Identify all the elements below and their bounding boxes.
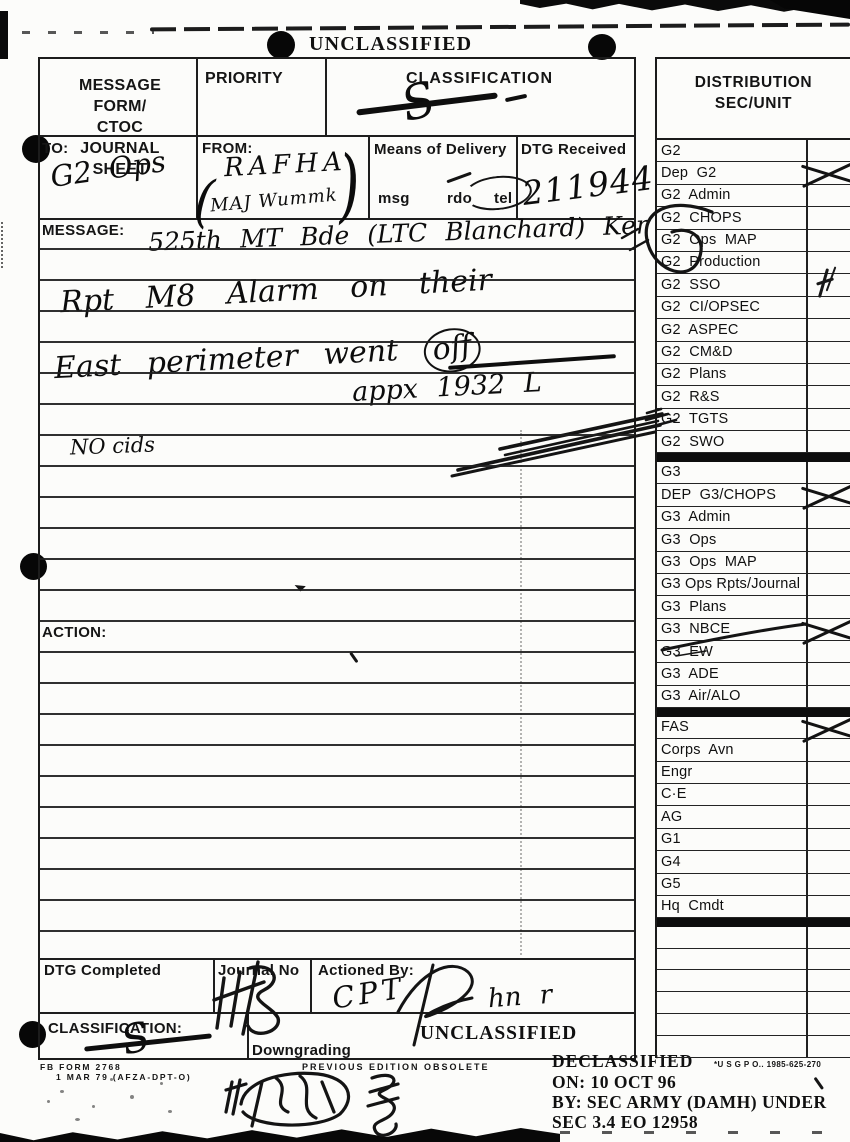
distribution-row-label	[657, 992, 806, 1013]
distribution-row-label: G2 CI/OPSEC	[657, 297, 806, 318]
distribution-row: G3 EW	[657, 641, 850, 663]
dtg-received-label: DTG Received	[521, 141, 626, 158]
form-number-line1: FB FORM 2768	[40, 1062, 122, 1072]
usgpo-note: *U S G P O.. 1985-625-270	[714, 1060, 821, 1069]
message-rule-line	[40, 496, 634, 498]
distribution-group-divider	[657, 453, 850, 462]
distribution-row-checkbox	[806, 274, 850, 295]
distribution-row-checkbox	[806, 1014, 850, 1035]
distribution-row: Hq Cmdt	[657, 896, 850, 918]
form-number-line2: 1 MAR 79 (AFZA-DPT-O)	[56, 1072, 192, 1082]
scan-edge-squiggle	[150, 23, 850, 31]
declassified-stamp-line3: BY: SEC ARMY (DAMH) UNDER	[552, 1092, 827, 1113]
distribution-row-label: G2 ASPEC	[657, 319, 806, 340]
distribution-row-checkbox	[806, 784, 850, 805]
distribution-row	[657, 1014, 850, 1036]
distribution-row: G2 R&S	[657, 386, 850, 408]
message-rule-line	[40, 651, 634, 653]
distribution-row-label: G5	[657, 874, 806, 895]
handwritten-message-line5: NO cids	[70, 433, 156, 460]
grid-line	[325, 57, 327, 135]
distribution-row-label: G4	[657, 851, 806, 872]
form-title-line1: MESSAGE FORM/	[79, 77, 161, 115]
grid-line	[247, 1012, 249, 1060]
distribution-row-checkbox	[806, 874, 850, 895]
distribution-row: G1	[657, 829, 850, 851]
distribution-row: DEP G3/CHOPS	[657, 484, 850, 506]
message-rule-line	[40, 403, 634, 405]
distribution-row-label	[657, 970, 806, 991]
grid-line	[38, 958, 636, 960]
message-rule-line	[40, 713, 634, 715]
distribution-row-label: G3 Ops	[657, 529, 806, 550]
distribution-rows: G2Dep G2G2 AdminG2 CHOPSG2 Ops MAPG2 Pro…	[655, 140, 850, 1058]
distribution-row-label: G2 CM&D	[657, 342, 806, 363]
message-rule-line	[40, 806, 634, 808]
distribution-row-checkbox	[806, 431, 850, 452]
dtg-completed-label: DTG Completed	[44, 962, 161, 979]
distribution-row-checkbox	[806, 386, 850, 407]
message-rule-line	[40, 899, 634, 901]
distribution-header-line2: SEC/UNIT	[715, 93, 792, 114]
distribution-row-label: G2 SWO	[657, 431, 806, 452]
distribution-row-label: AG	[657, 806, 806, 827]
distribution-row-checkbox	[806, 927, 850, 948]
distribution-row-checkbox	[806, 230, 850, 251]
distribution-row-label: G2 TGTS	[657, 409, 806, 430]
distribution-row-checkbox	[806, 663, 850, 684]
unclassified-stamp-bottom: UNCLASSIFIED	[420, 1023, 577, 1045]
distribution-row-label	[657, 1036, 806, 1057]
distribution-row-label: G3 Plans	[657, 596, 806, 617]
distribution-row-label: Engr	[657, 762, 806, 783]
distribution-row-label: G2 Ops MAP	[657, 230, 806, 251]
distribution-row-checkbox	[806, 207, 850, 228]
stray-pen-mark	[814, 1077, 824, 1090]
delivery-option-msg: msg	[378, 190, 410, 207]
distribution-row: G3 Ops	[657, 529, 850, 551]
distribution-row-label: G3 Ops Rpts/Journal	[657, 574, 806, 595]
distribution-row-checkbox	[806, 686, 850, 707]
distribution-row-label: G2 Admin	[657, 185, 806, 206]
distribution-row-checkbox	[806, 185, 850, 206]
distribution-row-checkbox	[806, 409, 850, 430]
distribution-row	[657, 970, 850, 992]
distribution-row-checkbox	[806, 992, 850, 1013]
scan-edge-dashes	[22, 31, 154, 34]
scanned-journal-sheet: UNCLASSIFIED MESSAGE FORM/ CTOC JOURNAL …	[0, 0, 850, 1142]
distribution-row-checkbox	[806, 739, 850, 760]
hole-punch-dot	[267, 31, 295, 59]
message-rule-line	[40, 434, 634, 436]
message-rule-line	[40, 682, 634, 684]
scan-edge-left-bar	[0, 11, 8, 59]
distribution-row-checkbox	[806, 717, 850, 738]
distribution-row-checkbox	[806, 949, 850, 970]
distribution-row: Dep G2	[657, 162, 850, 184]
distribution-row: G2 ASPEC	[657, 319, 850, 341]
distribution-row-label: G3 ADE	[657, 663, 806, 684]
distribution-row-checkbox	[806, 574, 850, 595]
distribution-row	[657, 992, 850, 1014]
journal-no-label: Journal No	[218, 962, 299, 979]
distribution-row: Engr	[657, 762, 850, 784]
distribution-row: AG	[657, 806, 850, 828]
distribution-row-label: G3 Admin	[657, 507, 806, 528]
distribution-header-line1: DISTRIBUTION	[695, 72, 812, 93]
distribution-row-label: G3 NBCE	[657, 619, 806, 640]
distribution-row-label: Hq Cmdt	[657, 896, 806, 917]
form-title-line2: CTOC	[97, 119, 143, 136]
distribution-row: G3 Admin	[657, 507, 850, 529]
bottom-zigzag-scribble	[368, 1075, 398, 1135]
distribution-row: G5	[657, 874, 850, 896]
message-rule-line	[40, 775, 634, 777]
grid-line	[368, 135, 370, 218]
distribution-row: G3 Ops Rpts/Journal	[657, 574, 850, 596]
distribution-row: G2 Admin	[657, 185, 850, 207]
distribution-row: Corps Avn	[657, 739, 850, 761]
distribution-row-label: G3	[657, 462, 806, 483]
distribution-row-label: Dep G2	[657, 162, 806, 183]
distribution-row-checkbox	[806, 641, 850, 662]
classification-footer-label: CLASSIFICATION:	[48, 1020, 182, 1037]
message-rule-line	[40, 279, 634, 281]
declassified-stamp-line2: ON: 10 OCT 96	[552, 1072, 676, 1093]
message-rule-line	[40, 310, 634, 312]
distribution-row-label: G3 EW	[657, 641, 806, 662]
message-rule-line	[40, 930, 634, 932]
distribution-row-checkbox	[806, 552, 850, 573]
downgrading-label: Downgrading	[252, 1042, 351, 1059]
distribution-header: DISTRIBUTION SEC/UNIT	[655, 57, 850, 140]
to-label: TO:	[42, 140, 68, 157]
distribution-row-label: G2 SSO	[657, 274, 806, 295]
distribution-row: G2 Ops MAP	[657, 230, 850, 252]
distribution-row: G2 Plans	[657, 364, 850, 386]
distribution-row-checkbox	[806, 364, 850, 385]
distribution-row-checkbox	[806, 806, 850, 827]
distribution-row-checkbox	[806, 970, 850, 991]
distribution-row-label: Corps Avn	[657, 739, 806, 760]
distribution-row-checkbox	[806, 319, 850, 340]
message-rule-line	[40, 837, 634, 839]
message-rule-line	[40, 341, 634, 343]
distribution-row: G2 CM&D	[657, 342, 850, 364]
distribution-row: C·E	[657, 784, 850, 806]
distribution-row: G2 CI/OPSEC	[657, 297, 850, 319]
message-rule-line	[40, 620, 634, 622]
distribution-row-label: G2 CHOPS	[657, 207, 806, 228]
handwritten-from-line1: RAFHA	[223, 147, 347, 183]
distribution-row-label: G2 Production	[657, 252, 806, 273]
torn-edge-bottom	[0, 1124, 560, 1142]
distribution-row: G2 CHOPS	[657, 207, 850, 229]
distribution-row	[657, 949, 850, 971]
distribution-row-label: G2 Plans	[657, 364, 806, 385]
signature-tail: hn r	[487, 980, 553, 1014]
distribution-row-checkbox	[806, 529, 850, 550]
priority-label: PRIORITY	[205, 70, 283, 88]
distribution-row: G3 Ops MAP	[657, 552, 850, 574]
message-label: MESSAGE:	[42, 222, 124, 239]
distribution-row: G4	[657, 851, 850, 873]
message-rule-line	[40, 868, 634, 870]
distribution-row: G3 NBCE	[657, 619, 850, 641]
distribution-row	[657, 1036, 850, 1058]
distribution-row-label	[657, 927, 806, 948]
declassified-stamp-line4: SEC 3.4 EO 12958	[552, 1112, 698, 1133]
distribution-row: G2 SSO	[657, 274, 850, 296]
grid-line	[213, 958, 215, 1012]
distribution-row	[657, 927, 850, 949]
distribution-row-checkbox	[806, 762, 850, 783]
distribution-row-label: G3 Ops MAP	[657, 552, 806, 573]
bottom-circled-scribble	[226, 1073, 349, 1126]
distribution-row: FAS	[657, 717, 850, 739]
distribution-row: G3 Air/ALO	[657, 686, 850, 708]
message-rule-line	[40, 558, 634, 560]
grid-line	[310, 958, 312, 1012]
distribution-row: G2 SWO	[657, 431, 850, 453]
unclassified-stamp-top: UNCLASSIFIED	[309, 33, 472, 59]
delivery-label: Means of Delivery	[374, 141, 507, 158]
scan-edge-left-dots	[1, 222, 3, 268]
distribution-row-checkbox	[806, 507, 850, 528]
action-label: ACTION:	[42, 624, 107, 641]
pen-parenthesis-close: )	[335, 137, 362, 231]
distribution-row-checkbox	[806, 829, 850, 850]
distribution-row-label	[657, 1014, 806, 1035]
distribution-row-checkbox	[806, 297, 850, 318]
distribution-row-checkbox	[806, 162, 850, 183]
distribution-row-checkbox	[806, 484, 850, 505]
distribution-row-label: G2	[657, 140, 806, 161]
distribution-row-label: G3 Air/ALO	[657, 686, 806, 707]
message-rule-line	[40, 465, 634, 467]
distribution-row-checkbox	[806, 896, 850, 917]
message-rule-line	[40, 744, 634, 746]
distribution-row-label: C·E	[657, 784, 806, 805]
distribution-row-label	[657, 949, 806, 970]
distribution-row: G2 TGTS	[657, 409, 850, 431]
distribution-row-label: FAS	[657, 717, 806, 738]
distribution-row: G3 ADE	[657, 663, 850, 685]
distribution-row-label: G1	[657, 829, 806, 850]
distribution-group-divider	[657, 918, 850, 927]
distribution-row-label: DEP G3/CHOPS	[657, 484, 806, 505]
distribution-row-checkbox	[806, 851, 850, 872]
distribution-row-checkbox	[806, 1036, 850, 1057]
distribution-row-label: G2 R&S	[657, 386, 806, 407]
message-rule-line	[40, 589, 634, 591]
message-rule-line	[40, 248, 634, 250]
message-rule-line	[40, 527, 634, 529]
distribution-row-checkbox	[806, 342, 850, 363]
message-rule-line	[40, 372, 634, 374]
distribution-row-checkbox	[806, 619, 850, 640]
previous-edition-note: PREVIOUS EDITION OBSOLETE	[302, 1062, 490, 1072]
